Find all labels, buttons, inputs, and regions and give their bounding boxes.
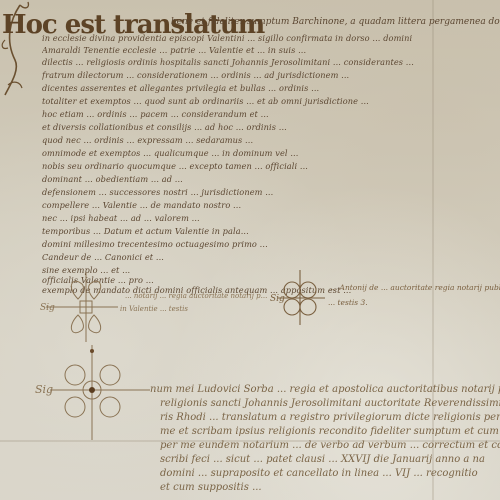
notary-1-text: ... notarij ... regia auctoritate notari… bbox=[125, 292, 267, 300]
text-line: quod nec ... ordinis ... expressam ... s… bbox=[42, 135, 497, 145]
text-line: totaliter et exemptos ... quod sunt ab o… bbox=[42, 96, 497, 106]
notary-3-line: religionis sancti Johannis Jerosolimitan… bbox=[160, 398, 500, 409]
text-line: nec ... ipsi habeat ... ad ... valorem .… bbox=[42, 213, 497, 223]
notary-3-line: num mei Ludovici Sorba ... regia et apos… bbox=[150, 384, 500, 395]
notary-sign-1: Sig bbox=[38, 272, 118, 342]
text-line: temporibus ... Datum et actum Valentie i… bbox=[42, 226, 497, 236]
notary-3-line: scribi feci ... sicut ... patet clausi .… bbox=[160, 454, 485, 465]
text-line: fratrum dilectorum ... considerationem .… bbox=[42, 70, 497, 80]
notary-sign-2: Sig bbox=[270, 265, 325, 330]
svg-text:Sig: Sig bbox=[40, 303, 55, 313]
text-line: et diversis collationibus et consilijs .… bbox=[42, 122, 497, 132]
text-line: dilectis ... religiosis ordinis hospital… bbox=[42, 57, 497, 67]
notary-3-line: per me eundem notarium ... de verbo ad v… bbox=[160, 440, 500, 451]
notarial-sign-icon: Sig bbox=[38, 272, 118, 342]
text-line: defensionem ... successores nostri ... j… bbox=[42, 187, 497, 197]
notary-2-text: ... Antonij de ... auctoritate regia not… bbox=[330, 283, 500, 292]
notarial-sign-icon: Sig bbox=[30, 345, 150, 445]
heading-continuation: - bene et fideliter sumptum Barchinone, … bbox=[165, 17, 500, 27]
text-line: nobis seu ordinario quocumque ... except… bbox=[42, 161, 497, 171]
text-line: dicentes asserentes et allegantes privil… bbox=[42, 83, 497, 93]
text-line: omnimode et exemptos ... qualicumque ...… bbox=[42, 148, 497, 158]
notary-2-text-2: ... testis 3. bbox=[328, 298, 368, 307]
notarial-sign-icon: Sig bbox=[270, 265, 325, 330]
svg-text:Sig: Sig bbox=[270, 294, 285, 304]
notary-1-text-2: in Valentie ... testis bbox=[120, 305, 188, 313]
text-line: in ecclesie divina providentia episcopi … bbox=[42, 33, 497, 43]
notary-sign-3: Sig bbox=[30, 345, 150, 445]
text-line: domini millesimo trecentesimo octuagesim… bbox=[42, 239, 497, 249]
text-line: compellere ... Valentie ... de mandato n… bbox=[42, 200, 497, 210]
notary-3-line: et cum suppositis ... bbox=[160, 482, 262, 493]
svg-text:Sig: Sig bbox=[35, 383, 53, 396]
notary-3-line: ris Rhodi ... translatum a registro priv… bbox=[160, 412, 500, 423]
text-line: Amaraldi Tenentie ecclesie ... patrie ..… bbox=[42, 45, 497, 55]
text-line: dominant ... obedientiam ... ad ... bbox=[42, 174, 497, 184]
text-line: Candeur de ... Canonici et ... bbox=[42, 252, 497, 262]
notary-3-line: me et scribam ipsius religionis recondit… bbox=[160, 426, 500, 437]
text-line: hoc etiam ... ordinis ... pacem ... cons… bbox=[42, 109, 497, 119]
notary-3-line: domini ... supraposito et cancellato in … bbox=[160, 468, 478, 479]
